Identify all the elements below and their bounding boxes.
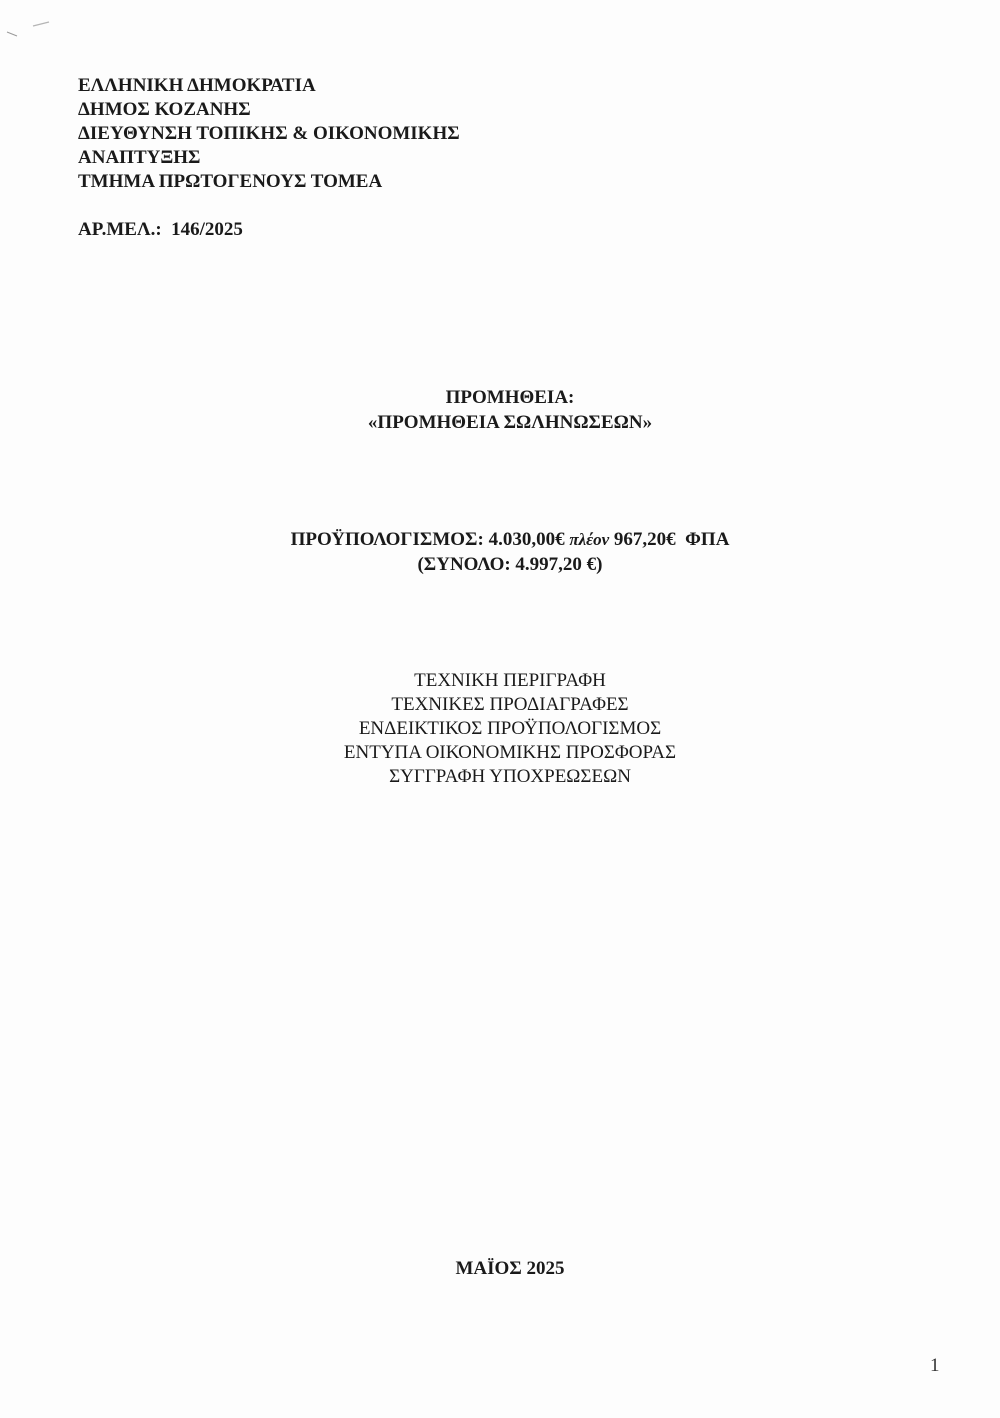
document-date: ΜΑΪΟΣ 2025 bbox=[0, 1257, 1000, 1281]
procurement-label: ΠΡΟΜΗΘΕΙΑ: bbox=[0, 385, 1000, 410]
scan-artifact-mark bbox=[5, 14, 60, 44]
study-reference: ΑΡ.ΜΕΛ.: 146/2025 bbox=[78, 218, 243, 242]
page-number: 1 bbox=[930, 1354, 940, 1378]
header-department: ΤΜΗΜΑ ΠΡΩΤΟΓΕΝΟΥΣ ΤΟΜΕΑ bbox=[78, 170, 460, 194]
procurement-name: «ΠΡΟΜΗΘΕΙΑ ΣΩΛΗΝΩΣΕΩΝ» bbox=[0, 410, 1000, 435]
header-directorate-cont: ΑΝΑΠΤΥΞΗΣ bbox=[78, 146, 460, 170]
header-country: ΕΛΛΗΝΙΚΗ ΔΗΜΟΚΡΑΤΙΑ bbox=[78, 74, 460, 98]
budget-section: ΠΡΟΫΠΟΛΟΓΙΣΜΟΣ: 4.030,00€ πλέον 967,20€ … bbox=[0, 527, 1000, 577]
budget-plus-word: πλέον bbox=[569, 530, 609, 549]
budget-label: ΠΡΟΫΠΟΛΟΓΙΣΜΟΣ: bbox=[291, 529, 484, 550]
document-page: ΕΛΛΗΝΙΚΗ ΔΗΜΟΚΡΑΤΙΑ ΔΗΜΟΣ ΚΟΖΑΝΗΣ ΔΙΕΥΘΥ… bbox=[0, 0, 1000, 1418]
document-contents-list: ΤΕΧΝΙΚΗ ΠΕΡΙΓΡΑΦΗ ΤΕΧΝΙΚΕΣ ΠΡΟΔΙΑΓΡΑΦΕΣ … bbox=[0, 669, 1000, 789]
reference-value: 146/2025 bbox=[171, 219, 243, 240]
contents-item: ΕΝΔΕΙΚΤΙΚΟΣ ΠΡΟΫΠΟΛΟΓΙΣΜΟΣ bbox=[0, 717, 1000, 741]
contents-item: ΤΕΧΝΙΚΗ ΠΕΡΙΓΡΑΦΗ bbox=[0, 669, 1000, 693]
issuing-authority-header: ΕΛΛΗΝΙΚΗ ΔΗΜΟΚΡΑΤΙΑ ΔΗΜΟΣ ΚΟΖΑΝΗΣ ΔΙΕΥΘΥ… bbox=[78, 74, 460, 194]
contents-item: ΤΕΧΝΙΚΕΣ ΠΡΟΔΙΑΓΡΑΦΕΣ bbox=[0, 693, 1000, 717]
reference-label: ΑΡ.ΜΕΛ.: bbox=[78, 219, 162, 240]
budget-net-amount: 4.030,00€ bbox=[489, 529, 565, 550]
budget-line: ΠΡΟΫΠΟΛΟΓΙΣΜΟΣ: 4.030,00€ πλέον 967,20€ … bbox=[0, 527, 1000, 552]
contents-item: ΕΝΤΥΠΑ ΟΙΚΟΝΟΜΙΚΗΣ ΠΡΟΣΦΟΡΑΣ bbox=[0, 741, 1000, 765]
contents-item: ΣΥΓΓΡΑΦΗ ΥΠΟΧΡΕΩΣΕΩΝ bbox=[0, 765, 1000, 789]
budget-total: (ΣΥΝΟΛΟ: 4.997,20 €) bbox=[0, 552, 1000, 577]
budget-vat-amount: 967,20€ bbox=[614, 529, 676, 550]
procurement-title: ΠΡΟΜΗΘΕΙΑ: «ΠΡΟΜΗΘΕΙΑ ΣΩΛΗΝΩΣΕΩΝ» bbox=[0, 385, 1000, 435]
header-directorate: ΔΙΕΥΘΥΝΣΗ ΤΟΠΙΚΗΣ & ΟΙΚΟΝΟΜΙΚΗΣ bbox=[78, 122, 460, 146]
budget-vat-label: ΦΠΑ bbox=[685, 529, 729, 550]
header-municipality: ΔΗΜΟΣ ΚΟΖΑΝΗΣ bbox=[78, 98, 460, 122]
